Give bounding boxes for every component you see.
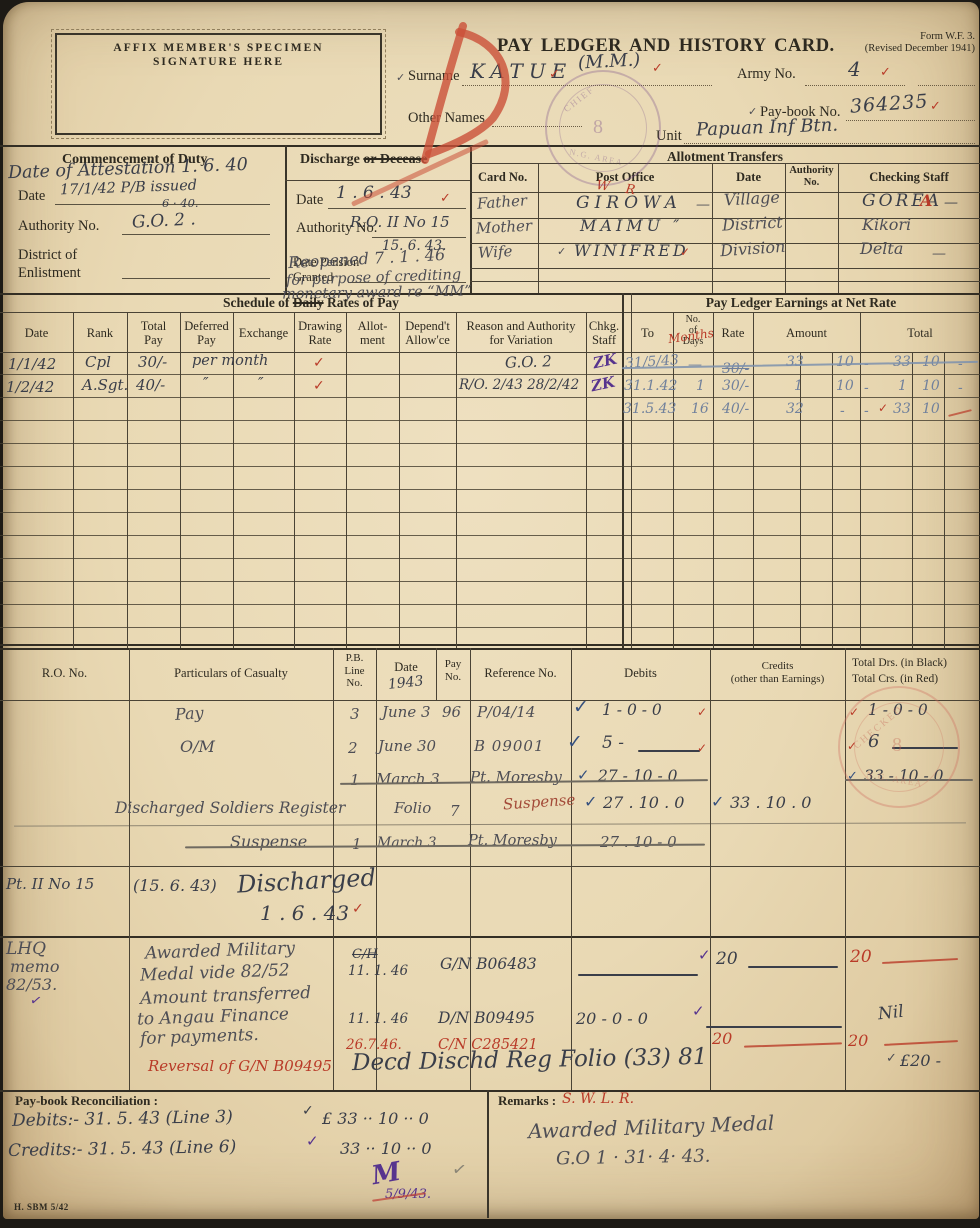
- earnings-row-a1: 1: [794, 379, 803, 394]
- schedule-header-allotment: Allot- ment: [346, 319, 399, 348]
- schedule-row-deferred: per month: [192, 354, 268, 370]
- schedule-header-rank: Rank: [73, 326, 127, 340]
- rule: [487, 1090, 489, 1218]
- earnings-header-total: Total: [860, 326, 980, 340]
- casualty-credit: 33 . 10 . 0: [730, 794, 811, 812]
- duty-authority-line: [122, 234, 270, 235]
- casualty-pb-folio-no: 7: [450, 803, 460, 820]
- schedule-row-total: 30/-: [138, 354, 167, 371]
- army-no-value: 4: [848, 58, 861, 80]
- earnings-row-t3: -: [958, 357, 963, 372]
- empty-row-lines: [0, 352, 980, 648]
- tick-icon: ✓: [748, 106, 757, 117]
- tick-icon: ✓: [692, 1004, 705, 1019]
- schedule-row-date: 1/2/42: [6, 379, 54, 396]
- tick-icon: ✓: [697, 706, 707, 718]
- casualty-total-nil: Nil: [877, 1003, 905, 1024]
- signature-box-label-line1: AFFIX MEMBER'S SPECIMEN: [57, 42, 380, 55]
- casualty-debit: 20 - 0 - 0: [576, 1010, 648, 1028]
- schedule-row-deferred: ″: [203, 375, 209, 392]
- allotment-row-date: District: [722, 213, 784, 234]
- earnings-title: Pay Ledger Earnings at Net Rate: [622, 295, 980, 311]
- allotment-header-checking: Checking Staff: [838, 170, 980, 184]
- casualty-debit: 27 - 10 - 0: [598, 768, 678, 785]
- casualty-reference: P/04/14: [477, 704, 535, 721]
- earnings-row-t2: 10: [922, 402, 940, 417]
- earnings-row-a2: -: [840, 404, 845, 419]
- earnings-row-a1: 32: [786, 402, 804, 417]
- earnings-row-days: 16: [691, 402, 709, 417]
- district-line: [122, 278, 270, 279]
- allotment-row-card: Father: [476, 192, 527, 212]
- allotment-header-card: Card No.: [478, 170, 527, 184]
- casualty-debit: 27 . 10 . 0: [603, 794, 684, 812]
- casualty-header-particulars: Particulars of Casualty: [129, 666, 333, 680]
- form-number-line1: Form W.F. 3.: [845, 31, 975, 43]
- army-no-label: Army No.: [737, 66, 796, 83]
- schedule-row-reason: G.O. 2: [505, 353, 552, 371]
- tick-icon: ✓: [567, 733, 583, 752]
- casualty-reference: Pt. Moresby: [468, 834, 557, 850]
- stamp-center-text: 8: [892, 734, 902, 757]
- tick-icon: ✓: [652, 62, 663, 75]
- duty-authority-value: G.O. 2 .: [132, 210, 197, 232]
- reconciliation-title: Pay-book Reconciliation :: [15, 1094, 158, 1109]
- dash-mark: —: [696, 198, 710, 213]
- checker-initials: M: [370, 1158, 403, 1191]
- allotment-row-check: Delta: [860, 240, 903, 258]
- casualty-header-ro: R.O. No.: [0, 666, 129, 680]
- tick-icon: ✓: [573, 698, 589, 717]
- allotment-header-date: Date: [712, 170, 785, 184]
- tick-icon: ✓: [711, 794, 724, 810]
- schedule-row-exchange: ″: [258, 375, 264, 392]
- earnings-row-t3: -: [958, 381, 963, 396]
- casualty-medal-line5: for payments.: [140, 1026, 259, 1049]
- casualty-header-credits: Credits (other than Earnings): [710, 660, 845, 686]
- casualty-header-date: Date: [376, 660, 436, 674]
- tick-icon: ✓: [352, 902, 364, 916]
- casualty-credit: 20: [716, 950, 738, 969]
- rule: [470, 281, 980, 282]
- rule: [0, 936, 980, 938]
- circular-stamp: CHECKED 8 N.G. AREA: [838, 686, 960, 808]
- allotment-row-card: Wife: [478, 243, 513, 261]
- reconciliation-debits-line: Debits:- 31. 5. 43 (Line 3): [12, 1108, 233, 1131]
- casualty-particulars-discharge-date: 1 . 6 . 43: [260, 902, 349, 924]
- tick-icon: ✓: [878, 402, 888, 414]
- casualty-date: March 3: [377, 836, 437, 851]
- earnings-row-a2: 10: [836, 379, 854, 394]
- schedule-row-date: 1/1/42: [8, 356, 56, 373]
- earnings-row-days: 1: [696, 379, 705, 394]
- casualty-pay-no: 96: [442, 704, 461, 721]
- discharge-title-text: Discharge: [300, 152, 360, 167]
- earnings-row-t2: 10: [922, 379, 940, 394]
- earnings-header-to: To: [622, 326, 673, 340]
- rule: [845, 648, 846, 1090]
- casualty-pb: 1: [350, 772, 360, 789]
- allotment-row-post: MAIMU ″: [580, 217, 683, 235]
- schedule-header-total-pay: Total Pay: [127, 319, 180, 348]
- rule: [0, 1090, 980, 1092]
- earnings-row-to: 31.5.43: [623, 402, 676, 417]
- dash-mark: —: [944, 196, 958, 211]
- schedule-title-1: Schedule of: [223, 295, 293, 310]
- tick-icon: ✓: [313, 379, 325, 393]
- casualty-credit-red: 20: [712, 1030, 732, 1048]
- allotment-row-check-red: A: [920, 192, 932, 210]
- casualty-particulars-date: (15. 6. 43): [133, 877, 217, 895]
- discharge-authority-value: R.O. II No 15: [350, 214, 450, 231]
- reconciliation-debits-amount: £ 33 ·· 10 ·· 0: [322, 1110, 429, 1128]
- duty-date-label: Date: [18, 188, 45, 205]
- casualty-debit: 1 - 0 - 0: [602, 702, 662, 719]
- rule: [0, 312, 980, 313]
- casualty-deceased-amount: £20 -: [900, 1052, 941, 1070]
- earnings-row-a1: 33: [786, 355, 804, 370]
- allotment-row-check: Kikori: [862, 216, 911, 234]
- earnings-header-rate: Rate: [713, 326, 753, 340]
- tick-icon: ✓: [557, 246, 566, 257]
- casualty-debit: 27 . 10 - 0: [600, 834, 677, 851]
- army-no-line2: [918, 85, 975, 86]
- casualty-total-red: 20: [850, 948, 872, 967]
- casualty-reversal-note: Reversal of G/N B09495: [148, 1058, 332, 1075]
- tick-icon: ✓: [697, 742, 707, 754]
- tick-icon: ✓: [880, 66, 891, 79]
- schedule-row-total: 40/-: [136, 377, 165, 394]
- tick-icon: ✓: [584, 794, 597, 810]
- earnings-row-rate: 40/-: [722, 402, 749, 417]
- earnings-row-a3: -: [864, 381, 869, 396]
- tick-icon: ✓: [302, 1104, 314, 1118]
- casualty-pb: 1: [352, 836, 362, 853]
- casualty-reference: D/N B09495: [438, 1010, 535, 1027]
- casualty-ro: Pt. II No 15: [6, 876, 94, 893]
- casualty-reference: B 09001: [474, 738, 545, 755]
- casualty-debit: 5 -: [602, 734, 624, 753]
- duty-date-value2: 6 · 40.: [162, 197, 199, 210]
- stamp-center-text: 8: [593, 116, 603, 139]
- allotment-title: Allotment Transfers: [470, 149, 980, 165]
- tick-icon: ✓: [440, 192, 451, 205]
- casualty-header-pay-no: Pay No.: [436, 658, 470, 683]
- tick-icon: ✓: [886, 1052, 897, 1065]
- form-number-line2: (Revised December 1941): [845, 43, 975, 55]
- casualty-particulars: Pay: [174, 704, 204, 724]
- casualty-header-debits: Debits: [571, 666, 710, 680]
- page-title: PAY LEDGER AND HISTORY CARD.: [497, 36, 835, 57]
- casualty-date: June 30: [378, 738, 436, 755]
- rule: [0, 866, 980, 867]
- circular-stamp: CHIEF 8 N.G. AREA: [545, 70, 661, 186]
- unit-line: [684, 143, 975, 144]
- casualty-date: June 3: [382, 704, 431, 721]
- rule: [710, 648, 711, 1090]
- earnings-header-amount: Amount: [753, 326, 860, 340]
- army-no-line: [805, 85, 905, 86]
- earnings-row-t1: 33: [893, 402, 911, 417]
- handwritten-dash: [706, 1026, 842, 1028]
- casualty-date-struck: C/H: [352, 948, 378, 962]
- schedule-header-date: Date: [0, 326, 73, 340]
- casualty-particulars: O/M: [180, 738, 215, 756]
- casualty-particulars: Discharged Soldiers Register: [115, 800, 345, 817]
- earnings-row-a3: -: [864, 404, 869, 419]
- allotment-header-authority: Authority No.: [785, 165, 838, 189]
- schedule-title: Schedule of Daily Rates of Pay: [0, 295, 622, 311]
- tick-icon: ✓: [930, 100, 941, 113]
- tick-icon: ✓: [451, 1161, 468, 1180]
- tick-icon: ✓: [549, 68, 560, 81]
- casualty-header-pb-line: P.B. Line No.: [333, 652, 376, 690]
- rule: [129, 648, 130, 1090]
- tick-icon: ✓: [313, 356, 325, 370]
- casualty-pb-folio: Folio: [394, 800, 431, 817]
- casualty-date: 11. 1. 46: [348, 1012, 408, 1027]
- tick-icon: ✓: [680, 246, 690, 258]
- handwritten-dash: [748, 966, 838, 968]
- schedule-row-rank: A.Sgt.: [82, 377, 128, 394]
- form-imprint: H. SBM 5/42: [14, 1202, 69, 1212]
- schedule-row-reason: R/O. 2/43 28/2/42: [459, 378, 579, 393]
- reconciliation-credits-line: Credits:- 31. 5. 43 (Line 6): [8, 1138, 237, 1161]
- casualty-total-red: 20: [848, 1032, 868, 1050]
- tick-icon: ✓: [306, 1134, 319, 1149]
- remarks-code: S. W. L. R.: [562, 1092, 634, 1107]
- rule: [285, 180, 470, 181]
- schedule-header-drawing-rate: Drawing Rate: [294, 319, 346, 348]
- allotment-row-date: Village: [724, 189, 781, 209]
- rule: [571, 648, 572, 1090]
- earnings-row-t1: 1: [898, 379, 907, 394]
- schedule-row-rank: Cpl: [85, 354, 111, 371]
- allotment-row-post: WINIFRED: [574, 242, 689, 260]
- casualty-date: 11. 1. 46: [348, 964, 408, 979]
- reconciliation-credits-amount: 33 ·· 10 ·· 0: [340, 1140, 432, 1158]
- duty-authority-label: Authority No.: [18, 218, 99, 235]
- remarks-label: Remarks :: [498, 1094, 556, 1109]
- schedule-title-2: Rates of Pay: [324, 295, 399, 310]
- dash-mark: —: [932, 247, 946, 262]
- signature-box-label-line2: SIGNATURE HERE: [57, 56, 380, 69]
- casualty-pb: 3: [350, 706, 360, 723]
- schedule-header-dependant: Depend't Allow'ce: [399, 319, 456, 348]
- earnings-row-to: 31.1.42: [624, 379, 677, 394]
- casualty-header-totals: Total Drs. (in Black) Total Crs. (in Red…: [852, 656, 978, 687]
- red-crayon-d-mark: [385, 20, 530, 170]
- schedule-header-exchange: Exchange: [233, 326, 294, 340]
- casualty-ro-memo: memo: [10, 958, 59, 976]
- handwritten-dash: [638, 750, 700, 752]
- discharge-date-line: [328, 208, 466, 209]
- rule: [285, 145, 287, 293]
- casualty-reference: G/N B06483: [440, 956, 537, 973]
- casualty-ro-lhq: LHQ: [6, 940, 46, 959]
- schedule-header-chkg: Chkg. Staff: [586, 319, 622, 348]
- signature-box: AFFIX MEMBER'S SPECIMEN SIGNATURE HERE: [55, 33, 382, 135]
- casualty-header-reference: Reference No.: [470, 666, 571, 680]
- schedule-header-deferred-pay: Deferred Pay: [180, 319, 233, 348]
- handwritten-dash: [578, 974, 698, 976]
- rule: [0, 700, 980, 701]
- schedule-header-reason: Reason and Authority for Variation: [456, 319, 586, 348]
- earnings-row-rate: 30/-: [722, 379, 749, 394]
- paybook-line: [846, 120, 975, 121]
- tick-icon: ✓: [698, 948, 711, 963]
- remarks-line2: G.O 1 · 31· 4· 43.: [556, 1147, 711, 1169]
- schedule-title-struck: Daily: [293, 295, 324, 310]
- rule: [0, 648, 980, 650]
- casualty-date: March 3: [376, 771, 440, 788]
- pay-ledger-card: AFFIX MEMBER'S SPECIMEN SIGNATURE HERE P…: [0, 0, 980, 1228]
- casualty-pb: 2: [348, 740, 358, 757]
- rule: [470, 268, 980, 269]
- allotment-row-card: Mother: [476, 218, 533, 237]
- discharge-date-label: Date: [296, 192, 323, 209]
- district-label: District of Enlistment: [18, 246, 81, 282]
